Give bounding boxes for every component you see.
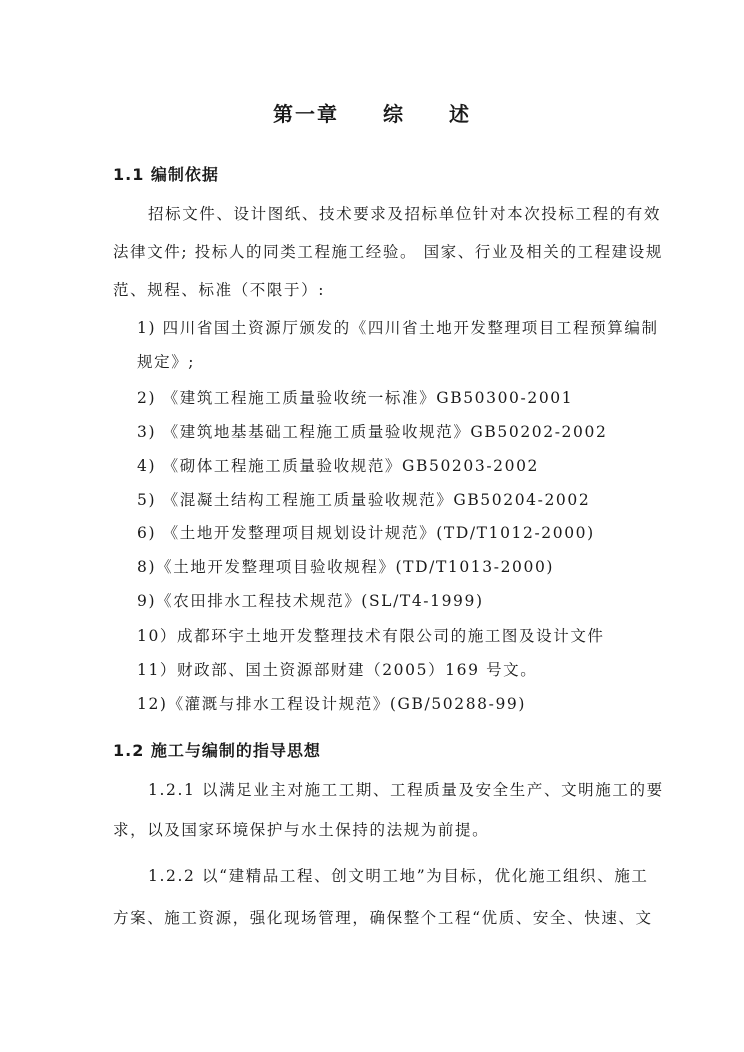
list-item-8: 8)《土地开发整理项目验收规程》(TD/T1013-2000) bbox=[137, 557, 554, 577]
intro-line-2: 法律文件; 投标人的同类工程施工经验。 国家、行业及相关的工程建设规 bbox=[113, 242, 663, 262]
document-page: 第一章综述 1.1 编制依据 招标文件、设计图纸、技术要求及招标单位针对本次投标… bbox=[0, 0, 744, 1052]
list-item-5: 5) 《混凝土结构工程施工质量验收规范》GB50204-2002 bbox=[137, 490, 590, 510]
para-1-2-1-line-2: 求，以及国家环境保护与水土保持的法规为前提。 bbox=[113, 820, 489, 840]
section-heading-1-2: 1.2 施工与编制的指导思想 bbox=[113, 738, 321, 761]
section-heading-1-1: 1.1 编制依据 bbox=[113, 162, 219, 185]
list-item-6: 6) 《土地开发整理项目规划设计规范》(TD/T1012-2000) bbox=[137, 523, 595, 543]
list-item-2: 2) 《建筑工程施工质量验收统一标准》GB50300-2001 bbox=[137, 388, 573, 408]
list-item-4: 4) 《砌体工程施工质量验收规范》GB50203-2002 bbox=[137, 456, 539, 476]
chapter-title-char-1: 综 bbox=[383, 98, 405, 127]
list-item-1-line-1: 1) 四川省国土资源厅颁发的《四川省土地开发整理项目工程预算编制 bbox=[137, 318, 659, 338]
list-item-1-line-2: 规定》; bbox=[137, 352, 195, 372]
list-item-11: 11）财政部、国土资源部财建（2005）169 号文。 bbox=[137, 660, 537, 680]
list-item-3: 3) 《建筑地基基础工程施工质量验收规范》GB50202-2002 bbox=[137, 422, 607, 442]
intro-line-3: 范、规程、标准（不限于）: bbox=[113, 280, 325, 300]
list-item-12: 12)《灌溉与排水工程设计规范》(GB/50288-99) bbox=[137, 694, 526, 714]
intro-line-1: 招标文件、设计图纸、技术要求及招标单位针对本次投标工程的有效 bbox=[148, 204, 661, 224]
chapter-title: 第一章综述 bbox=[0, 98, 744, 127]
para-1-2-2-line-1: 1.2.2 以“建精品工程、创文明工地”为目标，优化施工组织、施工 bbox=[148, 866, 649, 886]
list-item-9: 9)《农田排水工程技术规范》(SL/T4-1999) bbox=[137, 591, 484, 611]
chapter-title-number: 第一章 bbox=[273, 98, 339, 127]
para-1-2-2-line-2: 方案、施工资源，强化现场管理，确保整个工程“优质、安全、快速、文 bbox=[113, 908, 653, 928]
list-item-10: 10）成都环宇土地开发整理技术有限公司的施工图及设计文件 bbox=[137, 626, 605, 646]
para-1-2-1-line-1: 1.2.1 以满足业主对施工工期、工程质量及安全生产、文明施工的要 bbox=[148, 780, 664, 800]
chapter-title-char-2: 述 bbox=[449, 98, 471, 127]
